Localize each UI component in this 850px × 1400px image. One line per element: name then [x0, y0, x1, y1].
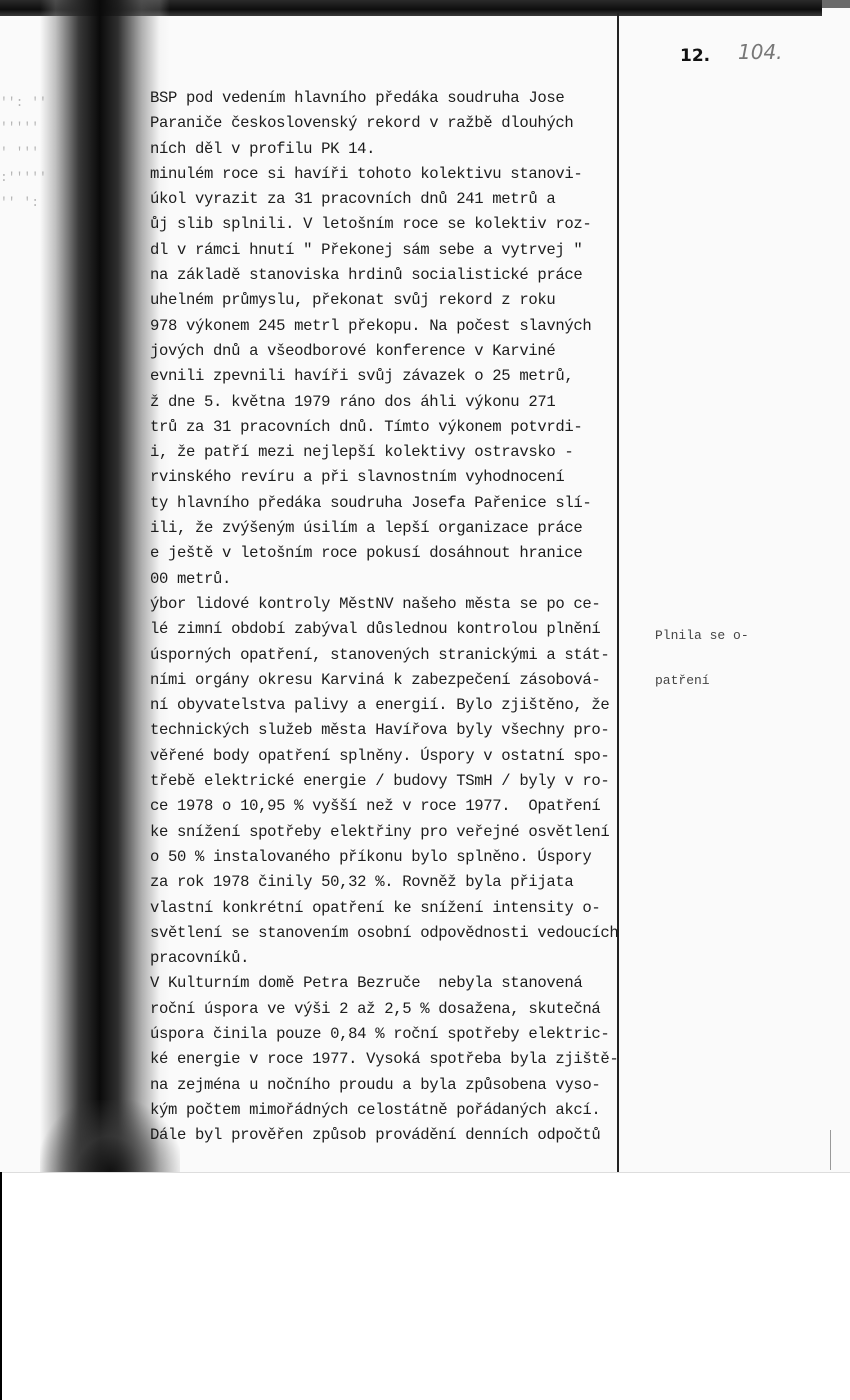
text-line: uhelném průmyslu, překonat svůj rekord z…	[150, 288, 625, 313]
scan-top-edge	[822, 0, 850, 8]
text-line: o 50 % instalovaného příkonu bylo splněn…	[150, 845, 625, 870]
text-line: lé zimní období zabýval důslednou kontro…	[150, 617, 625, 642]
text-line: trů za 31 pracovních dnů. Tímto výkonem …	[150, 415, 625, 440]
margin-note: Plnila se o- patření	[655, 598, 749, 718]
text-line: úspora činila pouze 0,84 % roční spotřeb…	[150, 1022, 625, 1047]
text-line: úkol vyrazit za 31 pracovních dnů 241 me…	[150, 187, 625, 212]
text-line: ce 1978 o 10,95 % vyšší než v roce 1977.…	[150, 794, 625, 819]
text-line: na základě stanoviska hrdinů socialistic…	[150, 263, 625, 288]
text-line: V Kulturním domě Petra Bezruče nebyla st…	[150, 971, 625, 996]
page-number-handwritten: 104.	[738, 40, 783, 64]
text-line: i, že patří mezi nejlepší kolektivy ostr…	[150, 440, 625, 465]
text-line: ních děl v profilu PK 14.	[150, 137, 625, 162]
text-line: Paraniče československý rekord v ražbě d…	[150, 111, 625, 136]
text-line: minulém roce si havíři tohoto kolektivu …	[150, 162, 625, 187]
text-line: vlastní konkrétní opatření ke snížení in…	[150, 896, 625, 921]
text-line: e ještě v letošním roce pokusí dosáhnout…	[150, 541, 625, 566]
text-line: ními orgány okresu Karviná k zabezpečení…	[150, 668, 625, 693]
margin-note-line: patření	[655, 673, 749, 688]
scanner-edge	[0, 1172, 2, 1400]
text-line: ili, že zvýšeným úsilím a lepší organiza…	[150, 516, 625, 541]
text-line: na zejména u nočního proudu a byla způso…	[150, 1073, 625, 1098]
text-line: ž dne 5. května 1979 ráno dos áhli výkon…	[150, 390, 625, 415]
text-line: jových dnů a všeodborové konference v Ka…	[150, 339, 625, 364]
typewritten-body: BSP pod vedením hlavního předáka soudruh…	[150, 86, 625, 1148]
text-line: ní obyvatelstva palivy a energií. Bylo z…	[150, 693, 625, 718]
text-line: ýbor lidové kontroly MěstNV našeho města…	[150, 592, 625, 617]
text-line: roční úspora ve výši 2 až 2,5 % dosažena…	[150, 997, 625, 1022]
text-line: třebě elektrické energie / budovy TSmH /…	[150, 769, 625, 794]
text-line: ké energie v roce 1977. Vysoká spotřeba …	[150, 1047, 625, 1072]
page-bottom-edge	[0, 1172, 850, 1173]
text-line: úsporných opatření, stanovených stranick…	[150, 643, 625, 668]
text-line: BSP pod vedením hlavního předáka soudruh…	[150, 86, 625, 111]
text-line: kým počtem mimořádných celostátně pořáda…	[150, 1098, 625, 1123]
text-line: rvinského revíru a při slavnostním vyhod…	[150, 465, 625, 490]
text-line: dl v rámci hnutí " Překonej sám sebe a v…	[150, 238, 625, 263]
text-line: evnili zpevnili havíři svůj závazek o 25…	[150, 364, 625, 389]
text-line: technických služeb města Havířova byly v…	[150, 718, 625, 743]
right-edge-line	[830, 1130, 831, 1170]
text-line: pracovníků.	[150, 946, 625, 971]
scanned-page: '': '''''''' ''':''''''' ': 12. 104. BSP…	[0, 0, 850, 1172]
page-number-typed: 12.	[680, 46, 710, 66]
text-line: ke snížení spotřeby elektřiny pro veřejn…	[150, 820, 625, 845]
text-line: Dále byl prověřen způsob provádění denní…	[150, 1123, 625, 1148]
text-line: světlení se stanovením osobní odpovědnos…	[150, 921, 625, 946]
text-line: věřené body opatření splněny. Úspory v o…	[150, 744, 625, 769]
text-line: 00 metrů.	[150, 567, 625, 592]
text-line: za rok 1978 činily 50,32 %. Rovněž byla …	[150, 870, 625, 895]
text-line: ty hlavního předáka soudruha Josefa Paře…	[150, 491, 625, 516]
text-line: ůj slib splnili. V letošním roce se kole…	[150, 212, 625, 237]
margin-note-line: Plnila se o-	[655, 628, 749, 643]
text-line: 978 výkonem 245 metrl překopu. Na počest…	[150, 314, 625, 339]
